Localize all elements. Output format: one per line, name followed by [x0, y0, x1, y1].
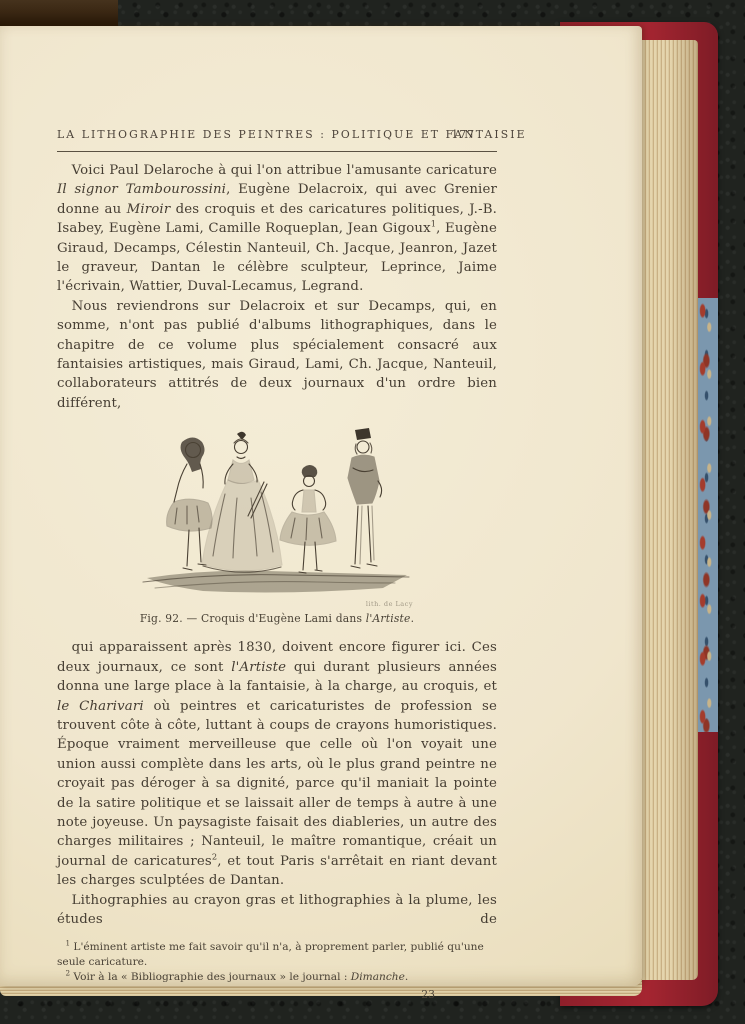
figure-block: lith. de Lacy Fig. 92. — Croquis d'Eugèn…: [127, 420, 427, 625]
paragraph-2: Nous reviendrons sur Delacroix et sur De…: [57, 297, 497, 413]
photo-background: LA LITHOGRAPHIE DES PEINTRES : POLITIQUE…: [0, 0, 745, 1024]
table-surface: [0, 0, 118, 27]
footnote-2: 2 Voir à la « Bibliographie des journaux…: [57, 970, 497, 985]
signature-mark: 23: [57, 988, 497, 1001]
footnotes: 1 L'éminent artiste me fait savoir qu'il…: [57, 940, 497, 984]
paragraph-1: Voici Paul Delaroche à qui l'on attribue…: [57, 161, 497, 297]
header-rule: [57, 151, 497, 152]
running-header: LA LITHOGRAPHIE DES PEINTRES : POLITIQUE…: [57, 128, 497, 144]
header-folio: 177: [451, 128, 475, 141]
lithographer-credit: lith. de Lacy: [127, 600, 413, 608]
figure-caption: Fig. 92. — Croquis d'Eugène Lami dans l'…: [127, 612, 427, 625]
book-page: LA LITHOGRAPHIE DES PEINTRES : POLITIQUE…: [0, 26, 642, 986]
page-edge-stack: [636, 40, 698, 980]
paragraph-3: qui apparaissent après 1830, doivent enc…: [57, 638, 497, 890]
footnote-1: 1 L'éminent artiste me fait savoir qu'il…: [57, 940, 497, 970]
page-content: LA LITHOGRAPHIE DES PEINTRES : POLITIQUE…: [57, 26, 497, 1001]
paragraph-4: Lithographies au crayon gras et lithogra…: [57, 891, 497, 930]
marbled-board-edge: [696, 298, 718, 732]
lami-sketch-illustration: [137, 420, 417, 598]
